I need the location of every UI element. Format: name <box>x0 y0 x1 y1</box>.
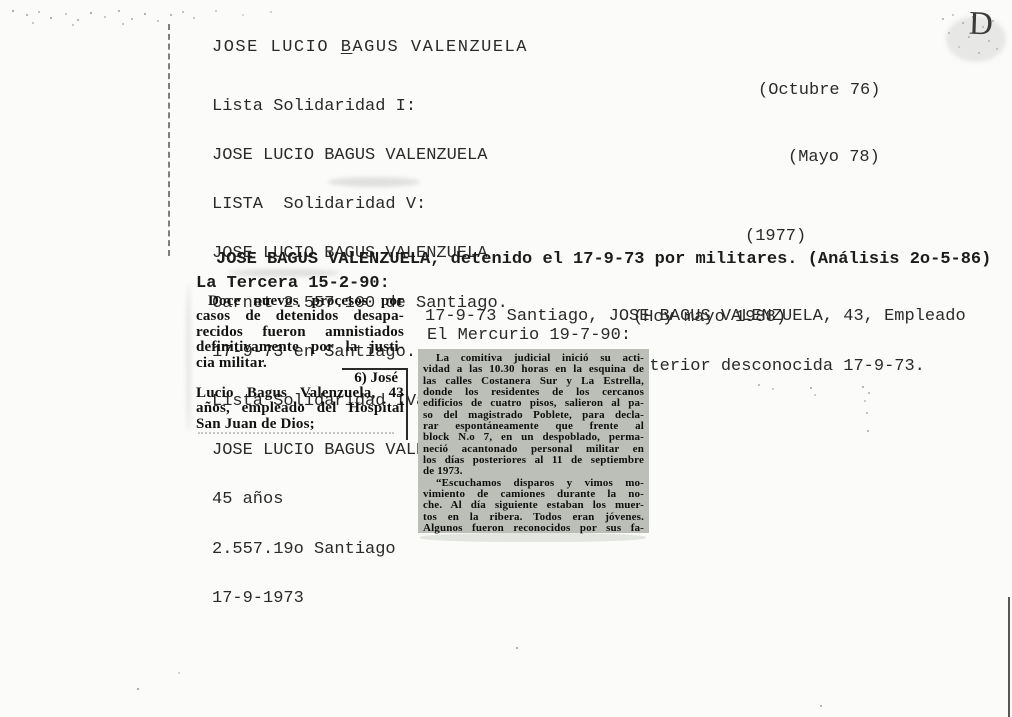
typed-line: 17-9-1973 <box>212 591 508 607</box>
document-title: JOSE LUCIO BAGUS VALENZUELA <box>212 40 528 56</box>
clipping-line: definitivamente por la justi- <box>196 340 404 355</box>
clipping-line: recidos fueron amnistiados <box>196 325 404 340</box>
scan-noise-corner-cloud <box>938 12 940 14</box>
clipping-line: casos de detenidos desapa- <box>196 309 404 324</box>
typed-line: 2.557.19o Santiago <box>212 542 508 558</box>
scan-noise-bottom-dots <box>137 645 139 647</box>
title-underlined-letter: B <box>341 38 353 57</box>
typed-line: LISTA Solidaridad V: <box>212 197 508 213</box>
clipping-line: vidad a las 10.30 horas en la esquina de <box>423 364 644 375</box>
clipping-rule-vertical <box>406 368 408 440</box>
el-mercurio-clipping: La comitiva judicial inició su acti- vid… <box>418 349 649 533</box>
page-edge-artifact <box>1008 597 1010 717</box>
handwritten-letter-d: D <box>968 6 993 44</box>
la-tercera-paragraph-1: Doce nuevos procesos por casos de deteni… <box>196 294 404 371</box>
clipping-rule-horizontal <box>342 368 408 370</box>
el-mercurio-heading: El Mercurio 19-7-90: <box>427 328 631 344</box>
scanned-document-page: D JOSE LUCIO BAGUS VALENZUELA Lista Soli… <box>0 0 1012 717</box>
margin-note-octubre-76: (Octubre 76) <box>758 83 880 99</box>
title-pre: JOSE LUCIO <box>212 38 341 57</box>
fold-dashed-line <box>168 24 170 256</box>
margin-note-1977: (1977) <box>745 229 806 245</box>
la-tercera-paragraph-2: Lucio Bagus Valenzuela, 43 años, emplead… <box>196 386 404 432</box>
clipping-line: años, empleado del Hospital <box>196 401 404 416</box>
scan-noise-top-band <box>10 8 12 10</box>
clipping-line: San Juan de Dios; <box>196 417 404 432</box>
typed-line: JOSE LUCIO BAGUS VALENZUELA <box>212 148 508 164</box>
clipping-line: Doce nuevos procesos por <box>196 294 404 309</box>
typed-line: Lista Solidaridad I: <box>212 99 508 115</box>
clipping-edge-smudge <box>186 284 191 432</box>
detention-summary-line: JOSE BAGUS VALENZUELA, detenido el 17-9-… <box>216 252 991 268</box>
la-tercera-heading: La Tercera 15-2-90: <box>196 276 390 292</box>
margin-note-mayo-78: (Mayo 78) <box>788 150 880 166</box>
clipping-line: Lucio Bagus Valenzuela, 43 <box>196 386 404 401</box>
title-post: AGUS VALENZUELA <box>352 38 528 57</box>
summary-date-note: (Hoy mayo 1988) <box>633 310 786 326</box>
clipping-bottom-smudge-line <box>198 432 394 434</box>
clipping-bottom-shadow <box>420 533 646 542</box>
